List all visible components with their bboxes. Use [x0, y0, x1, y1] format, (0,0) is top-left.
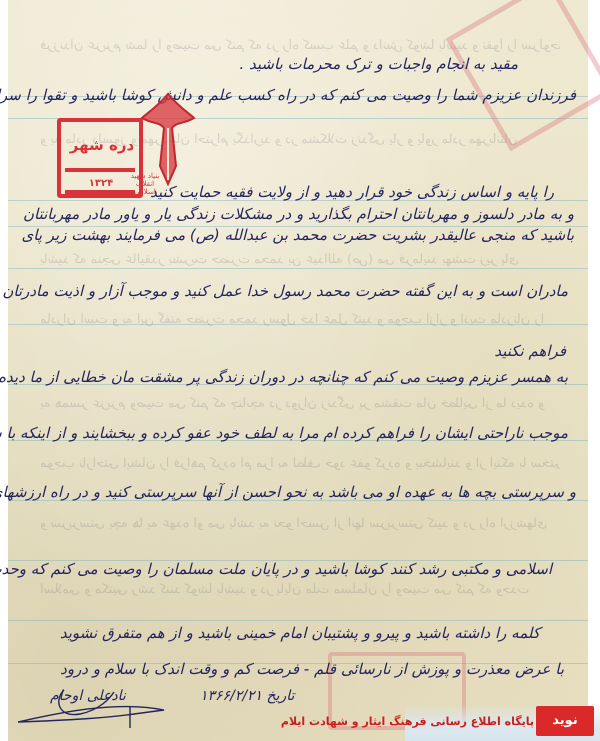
stamp-bar — [65, 168, 135, 172]
stamp-bar — [65, 190, 135, 194]
date-label: تاریخ — [267, 688, 295, 704]
ruled-line — [8, 620, 588, 621]
stamp-title: دره شهر — [69, 136, 135, 154]
letter-line: و سرپرستی بچه ها به عهده او می باشد به ن… — [0, 483, 576, 501]
letter-line: فرزندان عزیزم شما را وصیت می کنم که در ر… — [0, 86, 576, 104]
navid-shahed-logo: نوید شاهد — [536, 706, 594, 736]
letter-line: به همسر عزیزم وصیت می کنم که چنانچه در د… — [0, 368, 568, 386]
stamp-number: ۱۳۲۴ — [71, 178, 131, 189]
bleed-through-text: و سرپرستی بچه ها به عهده او می باشد به ن… — [40, 516, 560, 530]
bleed-through-text: موجب ناراحتی ایشان را فراهم کرده ام مرا … — [40, 456, 560, 470]
bleed-through-text: باشید که منجی عالیقدر بشریت حضرت محمد بن… — [40, 252, 560, 266]
letter-line: را پایه و اساس زندگی خود قرار دهید و از … — [150, 183, 554, 201]
date-value: ۱۳۶۶/۲/۲۱ — [200, 688, 262, 704]
letter-date: تاریخ ۱۳۶۶/۲/۲۱ — [200, 688, 294, 704]
letter-line: باشید که منجی عالیقدر بشریت حضرت محمد بن… — [22, 226, 574, 244]
letter-line: با عرض معذرت و پوزش از نارسائی قلم - فرص… — [60, 660, 564, 678]
bleed-through-text: اسلامی و مکتبی رشد کنند کوشا باشید و در … — [40, 582, 560, 596]
letter-line: کلمه را داشته باشید و پیرو و پشتیبان اما… — [60, 624, 540, 642]
letter-line: مقید به انجام واجبات و ترک محرمات باشید … — [240, 55, 519, 73]
letter-line: موجب ناراحتی ایشان را فراهم کرده ام مرا … — [0, 424, 568, 442]
bleed-through-text: مادران است و به این گفته حضرت محمد رسول … — [40, 312, 560, 326]
letter-line: مادران است و به این گفته حضرت محمد رسول … — [0, 282, 568, 300]
letter-line: اسلامی و مکتبی رشد کنند کوشا باشید و در … — [0, 560, 552, 578]
signature-name: نادعلی اوحام — [50, 688, 126, 704]
ruled-line — [8, 268, 588, 269]
letter-line: و به مادر دلسوز و مهربانتان احترام بگذار… — [23, 205, 574, 223]
watermark-text: پایگاه اطلاع رسانی فرهنگ ایثار و شهادت ا… — [281, 715, 534, 728]
letter-line: فراهم نکنید — [494, 342, 566, 360]
tulip-emblem-icon — [138, 88, 198, 188]
bleed-through-text: به همسر عزیزم وصیت می کنم که چنانچه در د… — [40, 396, 560, 410]
